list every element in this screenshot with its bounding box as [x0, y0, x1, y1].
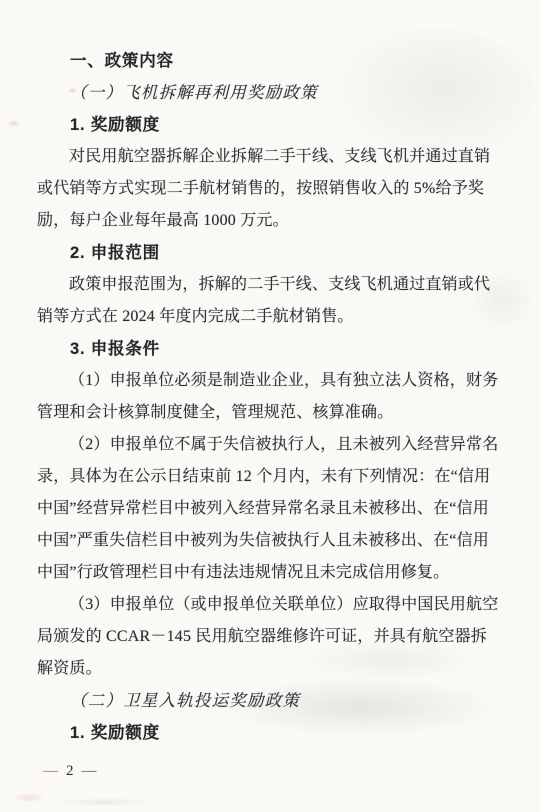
para-condition-2: （2）申报单位不属于失信被执行人，且未被列入经营异常名 录，具体为在公示日结束前…	[37, 429, 510, 589]
para-application-scope: 政策申报范围为，拆解的二手干线、支线飞机通过直销或代 销等方式在 2024 年度…	[37, 269, 510, 333]
heading-reward-amount-2: 1. 奖励额度	[37, 717, 510, 749]
page-number-dash-left: —	[43, 763, 66, 779]
heading-application-conditions: 3. 申报条件	[37, 333, 510, 365]
heading-application-scope: 2. 申报范围	[37, 237, 510, 269]
document-body: 一、政策内容 （一）飞机拆解再利用奖励政策 1. 奖励额度 对民用航空器拆解企业…	[37, 45, 510, 749]
scan-ink-fleck	[8, 120, 20, 127]
subheading-aircraft-dismantling-policy: （一）飞机拆解再利用奖励政策	[37, 77, 510, 109]
scan-smudge	[60, 798, 150, 806]
para-reward-amount-1: 对民用航空器拆解企业拆解二手干线、支线飞机并通过直销 或代销等方式实现二手航材销…	[37, 141, 510, 237]
scanned-document-page: { "page": { "background_color": "#faf9f5…	[0, 0, 540, 812]
scan-ink-fleck	[14, 793, 44, 802]
subheading-satellite-orbit-policy: （二）卫星入轨投运奖励政策	[37, 685, 510, 717]
heading-reward-amount-1: 1. 奖励额度	[37, 109, 510, 141]
page-number-value: 2	[66, 763, 75, 779]
heading-policy-content: 一、政策内容	[37, 45, 510, 77]
para-condition-1: （1）申报单位必须是制造业企业，具有独立法人资格，财务 管理和会计核算制度健全，…	[37, 365, 510, 429]
page-number-dash-right: —	[75, 763, 98, 779]
para-condition-3: （3）申报单位（或申报单位关联单位）应取得中国民用航空 局颁发的 CCAR－14…	[37, 589, 510, 685]
page-number: —2—	[43, 763, 98, 780]
